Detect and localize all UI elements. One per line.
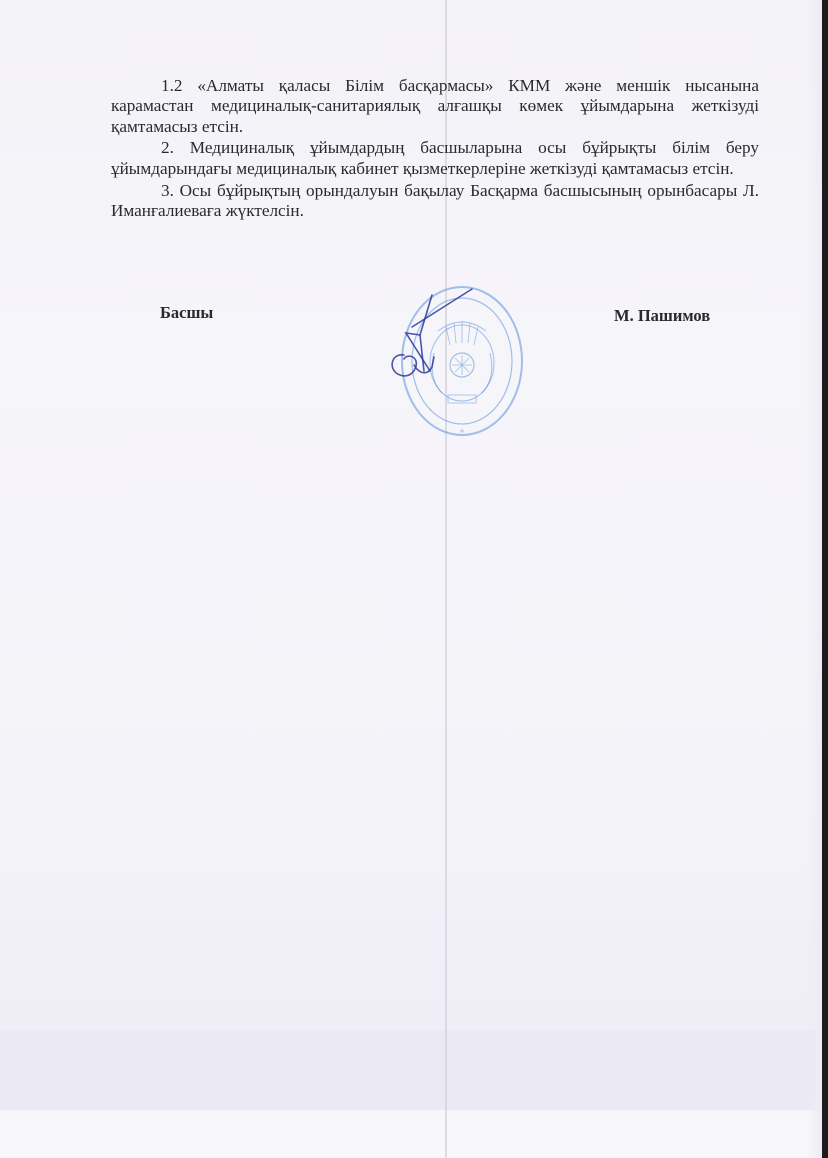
scan-shading-band [0, 1030, 822, 1110]
paragraph-3: 3. Осы бұйрықтың орындалуын бақылау Басқ… [111, 181, 759, 222]
paragraph-1-2: 1.2 «Алматы қаласы Білім басқармасы» КММ… [111, 76, 759, 137]
signer-name: М. Пашимов [614, 306, 710, 326]
signer-title: Басшы [160, 303, 213, 323]
document-page: 1.2 «Алматы қаласы Білім басқармасы» КММ… [0, 0, 822, 1158]
signature-icon [384, 275, 474, 385]
document-body: 1.2 «Алматы қаласы Білім басқармасы» КММ… [111, 76, 759, 222]
paragraph-2: 2. Медициналық ұйымдардың басшыларына ос… [111, 138, 759, 179]
page-edge-shadow [806, 0, 822, 1158]
